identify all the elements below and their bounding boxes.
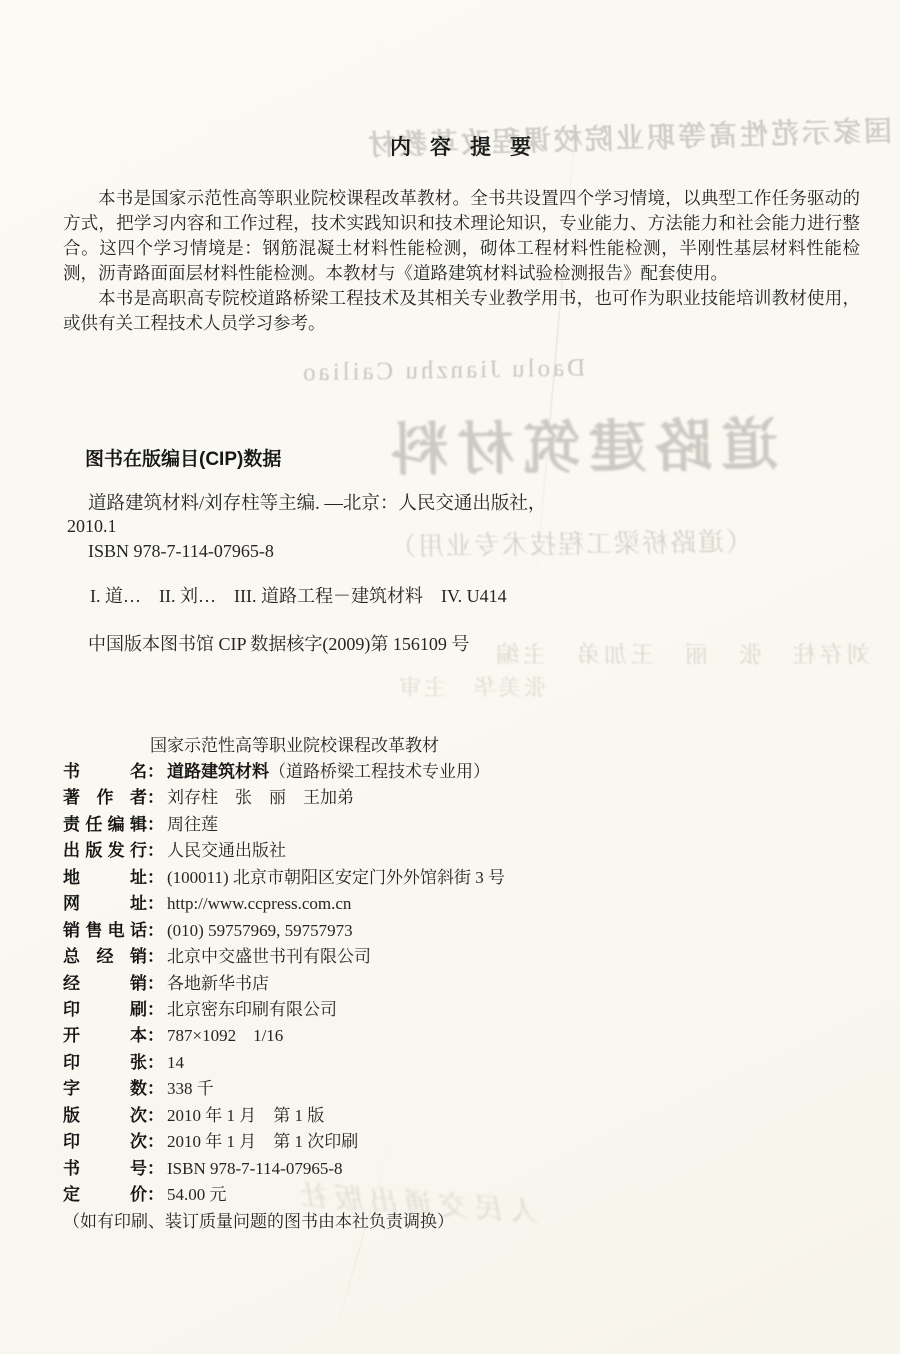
colophon-row-authors: 著作者：刘存柱 张 丽 王加弟 [63, 783, 843, 809]
colophon-row-printer: 印刷：北京密东印刷有限公司 [63, 995, 843, 1021]
row-colon: ： [147, 1021, 167, 1046]
row-label: 版次 [63, 1101, 147, 1126]
row-label: 网址 [63, 889, 147, 914]
row-colon: ： [147, 836, 167, 861]
row-label: 印张 [63, 1048, 147, 1073]
colophon-row-book-title: 书名：道路建筑材料（道路桥梁工程技术专业用） [63, 757, 843, 783]
row-value: (100011) 北京市朝阳区安定门外外馆斜街 3 号 [167, 868, 505, 887]
summary-title: 内容提要 [390, 131, 550, 161]
row-colon: ： [147, 1074, 167, 1099]
row-colon: ： [147, 1048, 167, 1073]
colophon-row-address: 地址：(100011) 北京市朝阳区安定门外外馆斜街 3 号 [63, 863, 843, 889]
colophon-row-format: 开本：787×1092 1/16 [63, 1021, 843, 1047]
colophon-row-website: 网址：http://www.ccpress.com.cn [63, 889, 843, 915]
row-label: 定价 [63, 1180, 147, 1205]
cip-entry-line-2: 2010.1 [67, 516, 117, 537]
colophon-row-impression: 印次：2010 年 1 月 第 1 次印刷 [63, 1127, 843, 1153]
row-label: 地址 [63, 863, 147, 888]
book-subtitle: （道路桥梁工程技术专业用） [269, 762, 490, 781]
row-label: 书名 [63, 757, 147, 782]
row-value: ISBN 978-7-114-07965-8 [167, 1159, 343, 1178]
bleedthrough-book-title: 道路建筑材料 [381, 399, 778, 487]
cip-heading: 图书在版编目(CIP)数据 [85, 444, 281, 471]
row-colon: ： [147, 1180, 167, 1205]
row-value: 787×1092 1/16 [167, 1026, 283, 1045]
summary-paragraph-1: 本书是国家示范性高等职业院校课程改革教材。全书共设置四个学习情境，以典型工作任务… [63, 186, 860, 286]
row-value: 周往莲 [167, 815, 218, 834]
row-colon: ： [147, 969, 167, 994]
row-colon: ： [147, 863, 167, 888]
colophon-row-edition: 版次：2010 年 1 月 第 1 版 [63, 1101, 843, 1127]
bleedthrough-subtitle: （道路桥梁工程技术专业用） [388, 521, 752, 563]
colophon-row-book-number: 书号：ISBN 978-7-114-07965-8 [63, 1154, 843, 1180]
row-value: 338 千 [167, 1079, 214, 1098]
row-label: 经销 [63, 969, 147, 994]
row-value: 道路建筑材料（道路桥梁工程技术专业用） [167, 762, 490, 781]
cip-entry-line-1: 道路建筑材料/刘存柱等主编. —北京：人民交通出版社， [88, 489, 546, 515]
colophon-row-editor: 责任编辑：周往莲 [63, 810, 843, 836]
colophon-list: 书名：道路建筑材料（道路桥梁工程技术专业用） 著作者：刘存柱 张 丽 王加弟 责… [63, 757, 843, 1206]
row-label: 字数 [63, 1074, 147, 1099]
book-title-bold: 道路建筑材料 [167, 762, 269, 781]
row-colon: ： [147, 1101, 167, 1126]
row-value: 北京密东印刷有限公司 [167, 1000, 337, 1019]
colophon-row-word-count: 字数：338 千 [63, 1074, 843, 1100]
row-label: 印次 [63, 1127, 147, 1152]
row-label: 著作者 [63, 783, 147, 808]
colophon-row-distributor: 经销：各地新华书店 [63, 969, 843, 995]
cip-record-number: 中国版本图书馆 CIP 数据核字(2009)第 156109 号 [88, 630, 469, 656]
replacement-note: （如有印刷、装订质量问题的图书由本社负责调换） [63, 1207, 454, 1232]
row-colon: ： [147, 916, 167, 941]
copyright-page: 国家示范性高等职业院校课程改革教材 Daolu Jianzhu Cailiao … [0, 0, 900, 1354]
row-colon: ： [147, 889, 167, 914]
row-value: 刘存柱 张 丽 王加弟 [167, 788, 354, 807]
summary-body: 本书是国家示范性高等职业院校课程改革教材。全书共设置四个学习情境，以典型工作任务… [63, 186, 860, 336]
colophon-row-price: 定价：54.00 元 [63, 1180, 843, 1206]
row-value: 2010 年 1 月 第 1 次印刷 [167, 1132, 358, 1151]
row-label: 总经销 [63, 942, 147, 967]
row-colon: ： [147, 810, 167, 835]
summary-paragraph-2: 本书是高职高专院校道路桥梁工程技术及其相关专业教学用书，也可作为职业技能培训教材… [63, 286, 860, 336]
row-value: 14 [167, 1053, 184, 1072]
row-label: 印刷 [63, 995, 147, 1020]
series-title: 国家示范性高等职业院校课程改革教材 [150, 731, 439, 756]
row-colon: ： [147, 757, 167, 782]
bleedthrough-reviewer: 张美华 主审 [396, 671, 546, 702]
colophon-row-general-distributor: 总经销：北京中交盛世书刊有限公司 [63, 942, 843, 968]
row-label: 开本 [63, 1021, 147, 1046]
row-colon: ： [147, 783, 167, 808]
row-label: 出版发行 [63, 836, 147, 861]
cip-classification: I. 道… II. 刘… III. 道路工程－建筑材料 IV. U414 [90, 582, 507, 608]
row-value: 北京中交盛世书刊有限公司 [167, 947, 371, 966]
row-label: 销售电话 [63, 916, 147, 941]
bleedthrough-pinyin-title: Daolu Jianzhu Cailiao [300, 355, 586, 388]
bleedthrough-authors: 刘存柱 张 丽 王加弟 主编 [492, 636, 870, 669]
colophon-row-sheets: 印张：14 [63, 1048, 843, 1074]
row-label: 书号 [63, 1154, 147, 1179]
cip-isbn: ISBN 978-7-114-07965-8 [88, 541, 274, 562]
row-value: 2010 年 1 月 第 1 版 [167, 1106, 324, 1125]
row-colon: ： [147, 1127, 167, 1152]
colophon-row-publisher: 出版发行：人民交通出版社 [63, 836, 843, 862]
row-colon: ： [147, 1154, 167, 1179]
row-value: 人民交通出版社 [167, 841, 286, 860]
row-value: 54.00 元 [167, 1185, 227, 1204]
row-colon: ： [147, 995, 167, 1020]
row-label: 责任编辑 [63, 810, 147, 835]
row-value: http://www.ccpress.com.cn [167, 894, 351, 913]
row-value: 各地新华书店 [167, 974, 269, 993]
row-value: (010) 59757969, 59757973 [167, 921, 353, 940]
colophon-row-sales-phone: 销售电话：(010) 59757969, 59757973 [63, 916, 843, 942]
row-colon: ： [147, 942, 167, 967]
